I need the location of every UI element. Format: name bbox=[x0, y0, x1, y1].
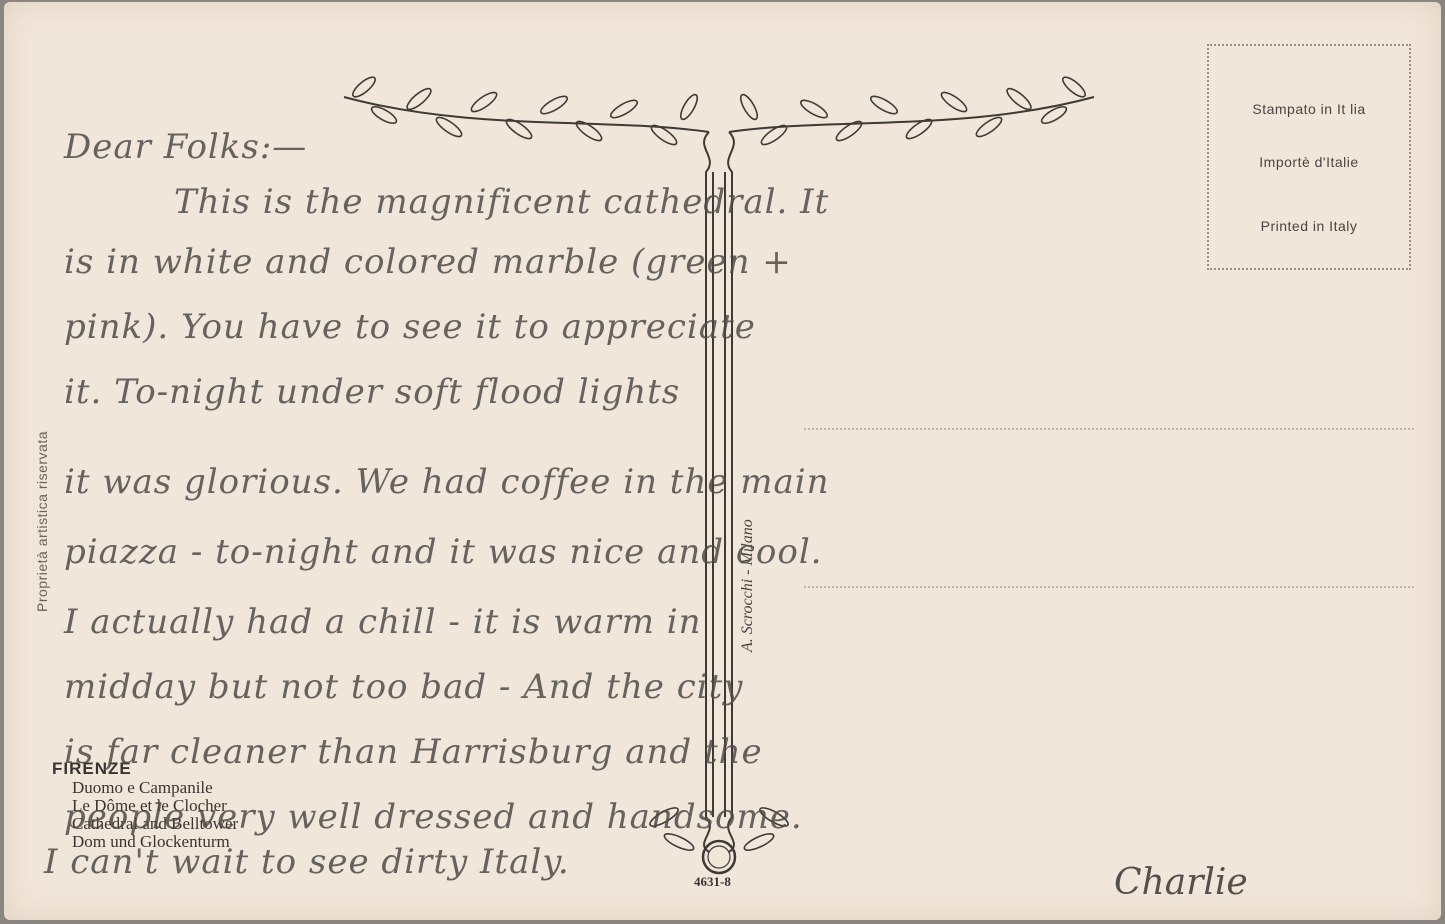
handwritten-line: I can't wait to see dirty Italy. bbox=[44, 842, 570, 882]
handwritten-line: This is the magnificent cathedral. It bbox=[174, 182, 829, 222]
publisher-number: 4631-8 bbox=[694, 874, 731, 890]
handwritten-line: is far cleaner than Harrisburg and the bbox=[64, 732, 763, 772]
handwritten-line: piazza - to-night and it was nice and co… bbox=[64, 532, 823, 572]
stamp-box: Stampato in It lia Importè d'Italie Prin… bbox=[1207, 44, 1411, 270]
postcard-back: Stampato in It lia Importè d'Italie Prin… bbox=[4, 2, 1441, 920]
stamp-text-italian: Stampato in It lia bbox=[1209, 101, 1409, 117]
handwritten-line: it was glorious. We had coffee in the ma… bbox=[64, 462, 830, 502]
caption-line-italian: Duomo e Campanile bbox=[72, 779, 238, 797]
stamp-text-english: Printed in Italy bbox=[1209, 218, 1409, 234]
copyright-notice: Proprietà artistica riservata bbox=[34, 431, 50, 612]
handwritten-line: Dear Folks:— bbox=[64, 127, 307, 167]
handwritten-line: pink). You have to see it to appreciate bbox=[64, 307, 756, 347]
stamp-text-french: Importè d'Italie bbox=[1209, 154, 1409, 170]
handwritten-line: it. To-night under soft flood lights bbox=[64, 372, 680, 412]
handwritten-line: I actually had a chill - it is warm in bbox=[64, 602, 702, 642]
handwritten-line: midday but not too bad - And the city bbox=[64, 667, 744, 707]
handwritten-line: is in white and colored marble (green + bbox=[64, 242, 792, 282]
handwritten-line: people very well dressed and handsome. bbox=[64, 797, 803, 837]
signature: Charlie bbox=[1114, 862, 1248, 903]
